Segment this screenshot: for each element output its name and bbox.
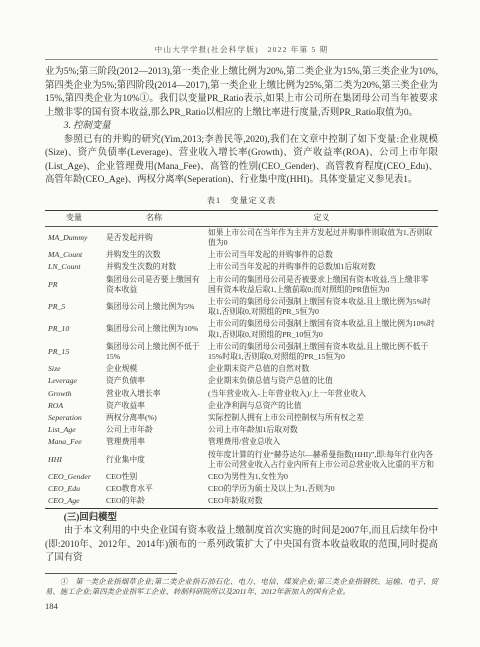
table-header-row: 变量 名称 定义 [45, 210, 438, 226]
cell-definition: 上市公司的集团母公司是否被要求上缴国有资本收益,当上缴非零国有资本收益后取1,上… [205, 274, 438, 296]
cell-variable: CEO_Edu [45, 483, 103, 495]
cell-definition: CEO年龄取对数 [205, 495, 438, 508]
table-row: Mana_Fee管理费用率管理费用/营业总收入 [45, 436, 438, 448]
table-row: Size企业规模企业期末资产总值的自然对数 [45, 363, 438, 375]
table-row: HHI行业集中度按年度计算的行业“赫芬达尔—赫希曼指数(HHI)”,即:每年行业… [45, 449, 438, 471]
table-row: ROA资产收益率企业净利润与总资产的比值 [45, 400, 438, 412]
table-caption: 表1 变量定义表 [45, 195, 438, 206]
footnote: ① 第一类企业指烟草企业;第二类企业指石油石化、电力、电信、煤炭企业;第三类企业… [45, 577, 438, 597]
cell-name: 行业集中度 [103, 449, 205, 471]
column-header-name: 名称 [103, 210, 205, 226]
cell-name: CEO教育水平 [103, 483, 205, 495]
cell-variable: Mana_Fee [45, 436, 103, 448]
table-row: PR_10集团母公司上缴比例为10%上市公司的集团母公司强制上缴国有资本收益,且… [45, 318, 438, 340]
cell-variable: HHI [45, 449, 103, 471]
cell-definition: 上市公司当年发起的并购事件的总数 [205, 249, 438, 261]
cell-variable: PR_10 [45, 318, 103, 340]
cell-definition: 如果上市公司在当年作为主并方发起过并购事件则取值为1,否则取值为0 [205, 226, 438, 249]
cell-variable: Size [45, 363, 103, 375]
cell-definition: 企业期末资产总值的自然对数 [205, 363, 438, 375]
footnote-separator [45, 573, 177, 574]
cell-name: 并购发生次数的对数 [103, 261, 205, 273]
cell-name: 集团母公司上缴比例为10% [103, 318, 205, 340]
column-header-definition: 定义 [205, 210, 438, 226]
table-row: PR_5集团母公司上缴比例为5%上市公司的集团母公司强制上缴国有资本收益,且上缴… [45, 296, 438, 318]
cell-variable: Seperation [45, 412, 103, 424]
footnote-text: ① 第一类企业指烟草企业;第二类企业指石油石化、电力、电信、煤炭企业;第三类企业… [45, 577, 438, 596]
cell-definition: 公司上市年龄加1后取对数 [205, 424, 438, 436]
table-row: Leverage资产负债率企业期末负债总值与资产总值的比值 [45, 375, 438, 387]
cell-name: 管理费用率 [103, 436, 205, 448]
page-content: 中山大学学报(社会科学版) 2022 年第 5 期 业为5%;第三阶段(2012… [45, 0, 438, 611]
cell-variable: MA_Dummy [45, 226, 103, 249]
cell-name: 集团母公司上缴比例不低于15% [103, 341, 205, 363]
cell-variable: PR_15 [45, 341, 103, 363]
cell-variable: PR [45, 274, 103, 296]
cell-definition: 管理费用/营业总收入 [205, 436, 438, 448]
cell-variable: LN_Count [45, 261, 103, 273]
cell-definition: 上市公司的集团母公司强制上缴国有资本收益,且上缴比例为10%时取1,否则取0,对… [205, 318, 438, 340]
cell-variable: ROA [45, 400, 103, 412]
cell-name: 营业收入增长率 [103, 388, 205, 400]
cell-variable: MA_Count [45, 249, 103, 261]
cell-variable: PR_5 [45, 296, 103, 318]
cell-variable: Growth [45, 388, 103, 400]
cell-variable: CEO_Age [45, 495, 103, 508]
cell-variable: Leverage [45, 375, 103, 387]
table-row: List_Age公司上市年龄公司上市年龄加1后取对数 [45, 424, 438, 436]
table-row: MA_Count并购发生的次数上市公司当年发起的并购事件的总数 [45, 249, 438, 261]
variable-definition-table: 变量 名称 定义 MA_Dummy是否发起并购如果上市公司在当年作为主并方发起过… [45, 210, 438, 509]
table-body: MA_Dummy是否发起并购如果上市公司在当年作为主并方发起过并购事件则取值为1… [45, 226, 438, 508]
cell-name: 企业规模 [103, 363, 205, 375]
column-header-variable: 变量 [45, 210, 103, 226]
cell-name: 两权分离率(%) [103, 412, 205, 424]
cell-variable: CEO_Gender [45, 471, 103, 483]
journal-page: 中山大学学报(社会科学版) 2022 年第 5 期 业为5%;第三阶段(2012… [0, 0, 480, 647]
cell-definition: 按年度计算的行业“赫芬达尔—赫希曼指数(HHI)”,即:每年行业内各上市公司营业… [205, 449, 438, 471]
table-row: MA_Dummy是否发起并购如果上市公司在当年作为主并方发起过并购事件则取值为1… [45, 226, 438, 249]
paragraph-policy-stages: 业为5%;第三阶段(2012—2013),第一类企业上缴比例为20%,第二类企业… [45, 66, 438, 120]
subheading-control-variables: 3. 控制变量 [45, 120, 438, 134]
table-row: PR_15集团母公司上缴比例不低于15%上市公司的集团母公司强制上缴国有资本收益… [45, 341, 438, 363]
cell-definition: CEO为男性为1,女性为0 [205, 471, 438, 483]
cell-definition: 上市公司的集团母公司强制上缴国有资本收益,且上缴比例不低于15%时取1,否则取0… [205, 341, 438, 363]
cell-definition: 企业期末负债总值与资产总值的比值 [205, 375, 438, 387]
paragraph-regression-model: 由于本文利用的中央企业国有资本收益上缴制度首次实施的时间是2007年,而且后续年… [45, 525, 438, 566]
cell-definition: 企业净利润与总资产的比值 [205, 400, 438, 412]
page-number: 184 [45, 601, 438, 611]
table-header: 变量 名称 定义 [45, 210, 438, 226]
cell-name: 公司上市年龄 [103, 424, 205, 436]
journal-header: 中山大学学报(社会科学版) 2022 年第 5 期 [45, 44, 438, 55]
cell-definition: 实际控制人拥有上市公司控制权与所有权之差 [205, 412, 438, 424]
section-heading-regression-model: (三)回归模型 [45, 512, 438, 526]
cell-name: 资产收益率 [103, 400, 205, 412]
table-row: CEO_EduCEO教育水平CEO的学历为硕士及以上为1,否则为0 [45, 483, 438, 495]
cell-name: 资产负债率 [103, 375, 205, 387]
header-rule [45, 59, 438, 60]
cell-name: 集团母公司是否要上缴国有资本收益 [103, 274, 205, 296]
table-row: LN_Count并购发生次数的对数上市公司当年发起的并购事件的总数加1后取对数 [45, 261, 438, 273]
paragraph-control-variables: 参照已有的并购的研究(Yim,2013;李善民等,2020),我们在文章中控制了… [45, 134, 438, 188]
cell-definition: 上市公司当年发起的并购事件的总数加1后取对数 [205, 261, 438, 273]
cell-definition: 上市公司的集团母公司强制上缴国有资本收益,且上缴比例为5%时取1,否则取0,对照… [205, 296, 438, 318]
cell-definition: (当年营业收入-上年营业收入)/上一年营业收入 [205, 388, 438, 400]
table-row: CEO_AgeCEO的年龄CEO年龄取对数 [45, 495, 438, 508]
table-row: PR集团母公司是否要上缴国有资本收益上市公司的集团母公司是否被要求上缴国有资本收… [45, 274, 438, 296]
cell-variable: List_Age [45, 424, 103, 436]
table-row: Seperation两权分离率(%)实际控制人拥有上市公司控制权与所有权之差 [45, 412, 438, 424]
cell-name: 是否发起并购 [103, 226, 205, 249]
cell-name: CEO的年龄 [103, 495, 205, 508]
cell-name: 并购发生的次数 [103, 249, 205, 261]
cell-definition: CEO的学历为硕士及以上为1,否则为0 [205, 483, 438, 495]
table-row: Growth营业收入增长率(当年营业收入-上年营业收入)/上一年营业收入 [45, 388, 438, 400]
cell-name: CEO性别 [103, 471, 205, 483]
table-row: CEO_GenderCEO性别CEO为男性为1,女性为0 [45, 471, 438, 483]
cell-name: 集团母公司上缴比例为5% [103, 296, 205, 318]
